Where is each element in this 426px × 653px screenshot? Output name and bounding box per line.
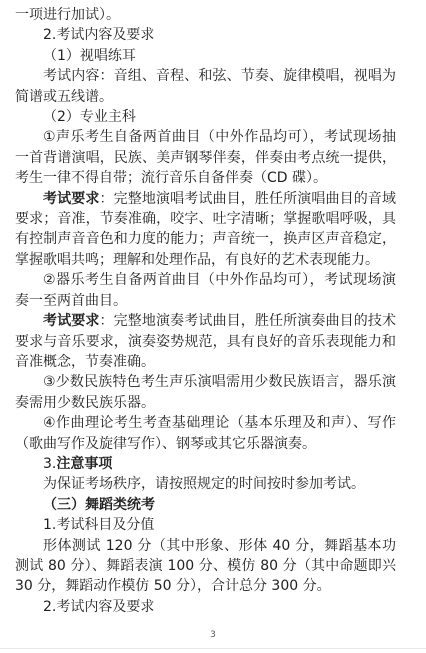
heading-exam-subjects-scores: 1.考试科目及分值 bbox=[15, 515, 396, 535]
para-bold-lead: 考试要求 bbox=[43, 191, 100, 207]
para-vocal-exam-requirements: 考试要求：完整地演唱考试曲目，胜任所演唱曲目的音域要求；音准，节奏准确，咬字、吐… bbox=[15, 189, 396, 271]
para-composition-theory-candidates: ④作曲理论考生考查基础理论（基本乐理及和声）、写作（歌曲写作及旋律写作）、钢琴或… bbox=[15, 413, 396, 454]
document-page: 一项进行加试）。 2.考试内容及要求 （1）视唱练耳 考试内容：音组、音程、和弦… bbox=[0, 0, 426, 653]
para-text: ③少数民族特色考生声乐演唱需用少数民族语言，器乐演奏需用少数民族乐器。 bbox=[15, 374, 396, 410]
para-instrumental-exam-requirements: 考试要求：完整地演奏考试曲目，胜任所演奏曲目的技术要求与音乐要求，演奏姿势规范，… bbox=[15, 311, 396, 372]
heading-exam-content-requirements: 2.考试内容及要求 bbox=[15, 25, 396, 45]
para-bold-lead: （三）舞蹈类统考 bbox=[43, 497, 155, 513]
page-bottom-divider bbox=[0, 648, 426, 649]
heading-notes: 3.注意事项 bbox=[15, 454, 396, 474]
para-text: ②器乐考生自备两首曲目（中外作品均可），考试现场演奏一至两首曲目。 bbox=[15, 272, 396, 308]
para-exam-discipline: 为保证考场秩序，请按照规定的时间按时参加考试。 bbox=[15, 474, 396, 494]
para-minority-candidates: ③少数民族特色考生声乐演唱需用少数民族语言，器乐演奏需用少数民族乐器。 bbox=[15, 372, 396, 413]
para-text: ④作曲理论考生考查基础理论（基本乐理及和声）、写作（歌曲写作及旋律写作）、钢琴或… bbox=[15, 415, 396, 451]
para-bold-lead: 考试要求 bbox=[43, 313, 100, 329]
para-vocal-candidates: ①声乐考生自备两首曲目（中外作品均可），考试现场抽一首背谱演唱，民族、美声钢琴伴… bbox=[15, 127, 396, 188]
para-text: 2.考试内容及要求 bbox=[43, 27, 154, 43]
para-text: 一项进行加试）。 bbox=[15, 7, 120, 23]
para-bold-lead: 注意事项 bbox=[56, 456, 112, 472]
heading-dance-unified-exam: （三）舞蹈类统考 bbox=[15, 495, 396, 515]
heading-exam-content-requirements-2: 2.考试内容及要求 bbox=[15, 597, 396, 617]
para-instrumental-candidates: ②器乐考生自备两首曲目（中外作品均可），考试现场演奏一至两首曲目。 bbox=[15, 270, 396, 311]
subheading-major-subject: （2）专业主科 bbox=[15, 107, 396, 127]
para-text: 2.考试内容及要求 bbox=[43, 599, 154, 615]
page-number: 3 bbox=[0, 630, 426, 640]
document-body: 一项进行加试）。 2.考试内容及要求 （1）视唱练耳 考试内容：音组、音程、和弦… bbox=[0, 0, 426, 617]
para-text: ①声乐考生自备两首曲目（中外作品均可），考试现场抽一首背谱演唱，民族、美声钢琴伴… bbox=[15, 129, 396, 186]
para-addtest-continuation: 一项进行加试）。 bbox=[15, 5, 396, 25]
para-text: 考试内容：音组、音程、和弦、节奏、旋律模唱，视唱为简谱或五线谱。 bbox=[15, 68, 396, 104]
para-exam-content: 考试内容：音组、音程、和弦、节奏、旋律模唱，视唱为简谱或五线谱。 bbox=[15, 66, 396, 107]
para-text: 形体测试 120 分（其中形象、形体 40 分，舞蹈基本功测试 80 分）、舞蹈… bbox=[15, 538, 396, 595]
para-text: 3. bbox=[43, 456, 56, 472]
para-text: 为保证考场秩序，请按照规定的时间按时参加考试。 bbox=[43, 476, 365, 492]
para-text: 1.考试科目及分值 bbox=[43, 517, 154, 533]
para-text: （1）视唱练耳 bbox=[43, 48, 136, 64]
para-score-breakdown: 形体测试 120 分（其中形象、形体 40 分，舞蹈基本功测试 80 分）、舞蹈… bbox=[15, 536, 396, 597]
subheading-sightsinging-eartraining: （1）视唱练耳 bbox=[15, 46, 396, 66]
para-text: （2）专业主科 bbox=[43, 109, 136, 125]
